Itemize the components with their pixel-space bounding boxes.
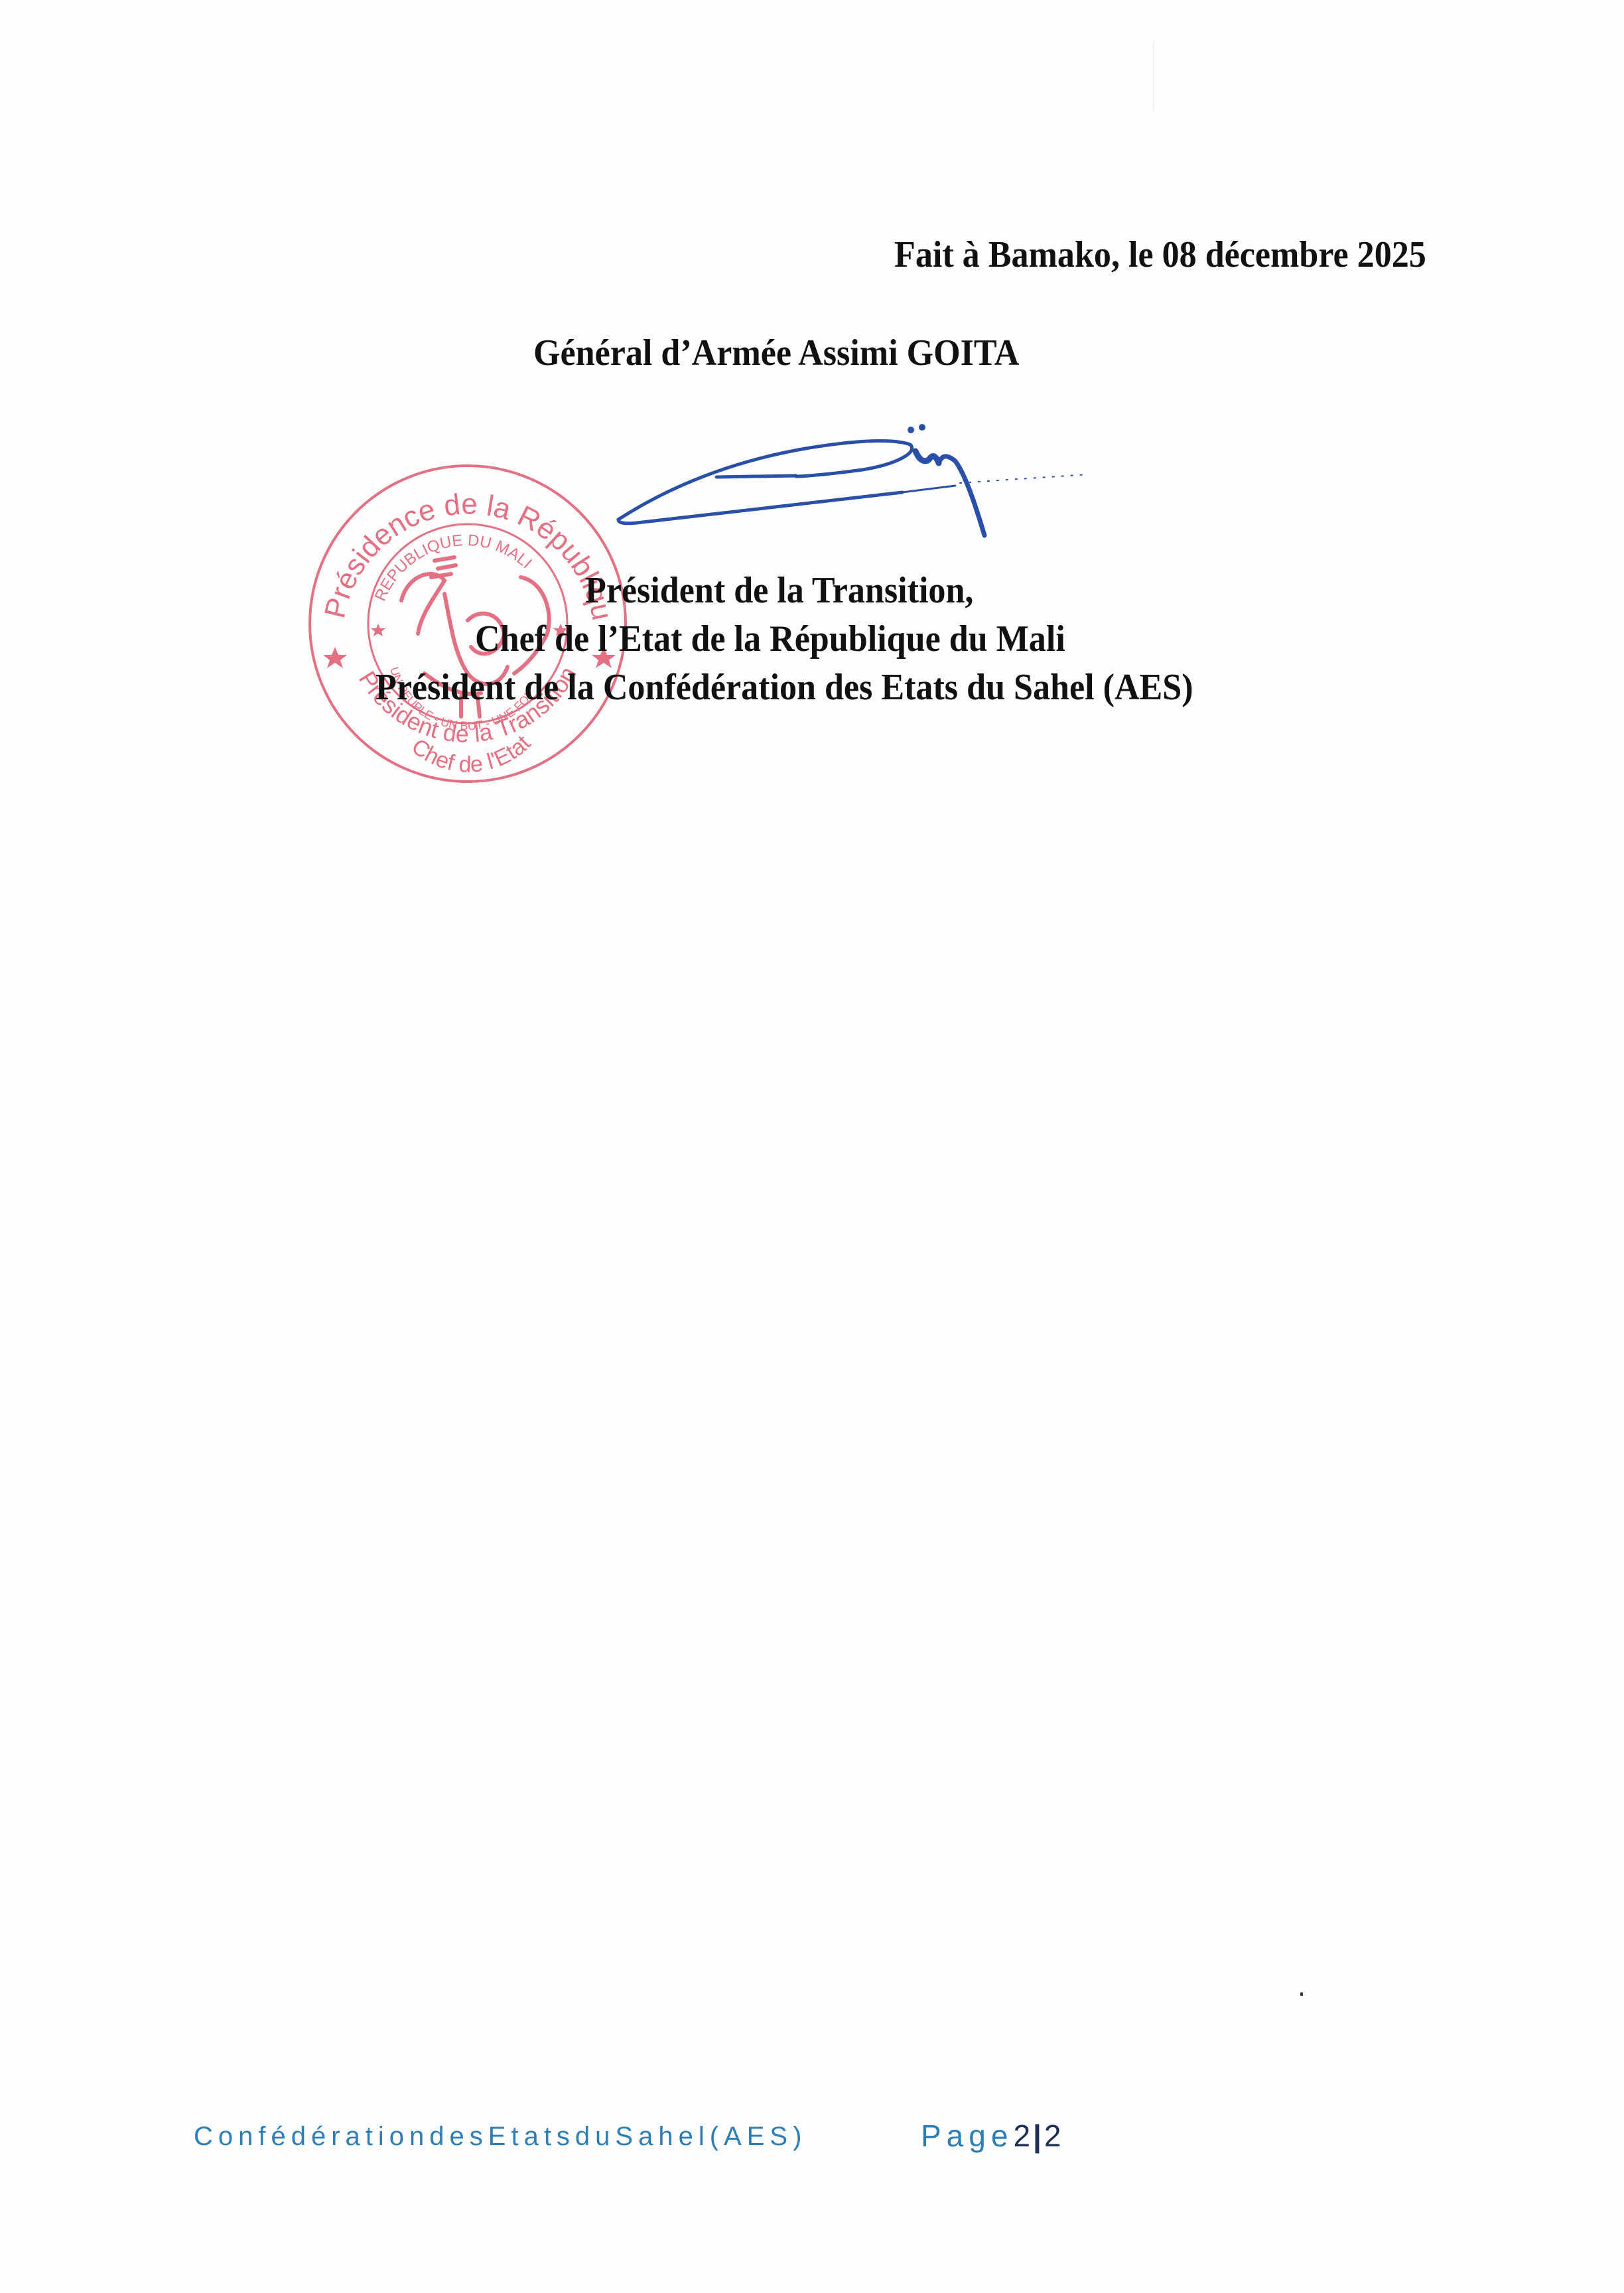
document-page: Fait à Bamako, le 08 décembre 2025 Génér… [0, 0, 1624, 2293]
footer-organization: ConfédérationdesEtatsduSahel(AES) [194, 2122, 807, 2152]
handwritten-signature [584, 398, 1148, 544]
footer-page-total: 2 [1044, 2119, 1064, 2153]
place-and-date: Fait à Bamako, le 08 décembre 2025 [894, 234, 1426, 276]
signatory-name: Général d’Armée Assimi GOITA [533, 332, 1019, 374]
scan-artifact-dot [1300, 1992, 1303, 1996]
footer-page-current: 2 [1013, 2119, 1033, 2153]
footer-page-separator: | [1033, 2119, 1044, 2153]
title-line-head-of-state: Chef de l’Etat de la République du Mali [475, 618, 1065, 660]
footer-page-number: Page2|2 [921, 2118, 1064, 2154]
footer-page-label: Page [921, 2119, 1013, 2153]
title-line-aes-president: Président de la Confédération des Etats … [375, 666, 1193, 709]
title-line-transition: Président de la Transition, [585, 569, 973, 612]
scan-artifact-line [1153, 41, 1154, 111]
